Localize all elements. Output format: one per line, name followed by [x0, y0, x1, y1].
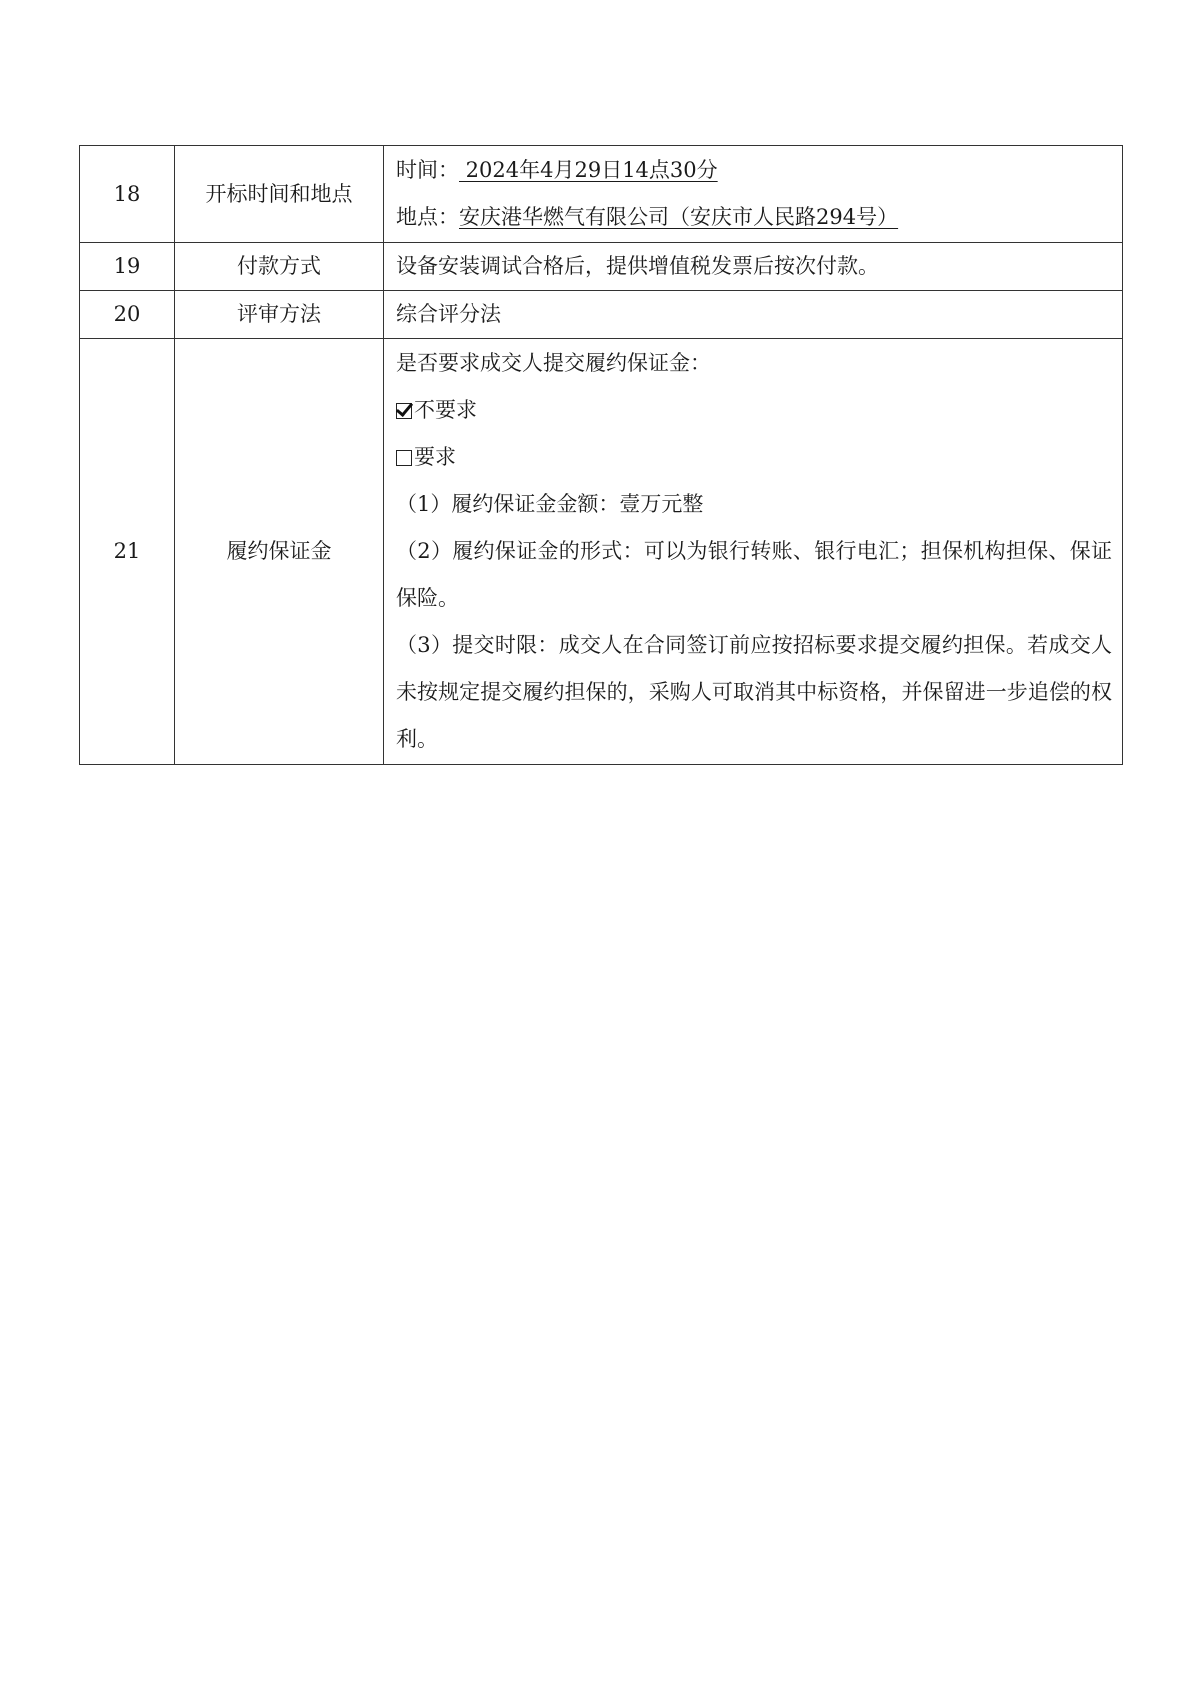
table-row-20: 20 评审方法 综合评分法: [80, 291, 1123, 339]
place-value: 安庆港华燃气有限公司（安庆市人民路294号）: [459, 205, 898, 229]
row-number: 21: [80, 339, 175, 765]
clause-form: （2）履约保证金的形式：可以为银行转账、银行电汇；担保机构担保、保证保险。: [396, 528, 1112, 622]
option-label: 不要求: [414, 398, 477, 422]
row-content: 设备安装调试合格后，提供增值税发票后按次付款。: [384, 243, 1123, 291]
table-row-18: 18 开标时间和地点 时间： 2024年4月29日14点30分 地点：安庆港华燃…: [80, 146, 1123, 243]
row-number: 20: [80, 291, 175, 339]
option-required: 要求: [396, 434, 1112, 481]
document-page: 18 开标时间和地点 时间： 2024年4月29日14点30分 地点：安庆港华燃…: [0, 0, 1200, 1696]
checked-checkbox-icon: [396, 403, 412, 419]
spec-table: 18 开标时间和地点 时间： 2024年4月29日14点30分 地点：安庆港华燃…: [79, 145, 1123, 765]
table-row-21: 21 履约保证金 是否要求成交人提交履约保证金： 不要求 要求 （1）履约保证金…: [80, 339, 1123, 765]
row-number: 18: [80, 146, 175, 243]
row-item: 履约保证金: [175, 339, 384, 765]
clause-amount: （1）履约保证金金额：壹万元整: [396, 481, 1112, 528]
row-content: 综合评分法: [384, 291, 1123, 339]
option-not-required: 不要求: [396, 387, 1112, 434]
clause-deadline: （3）提交时限：成交人在合同签订前应按招标要求提交履约担保。若成交人未按规定提交…: [396, 622, 1112, 763]
opening-time-line: 时间： 2024年4月29日14点30分: [396, 147, 1112, 194]
place-label: 地点：: [396, 205, 459, 229]
option-label: 要求: [414, 445, 456, 469]
row-item: 评审方法: [175, 291, 384, 339]
row-number: 19: [80, 243, 175, 291]
row-item: 开标时间和地点: [175, 146, 384, 243]
time-value: 2024年4月29日14点30分: [459, 158, 718, 182]
row-content: 是否要求成交人提交履约保证金： 不要求 要求 （1）履约保证金金额：壹万元整 （…: [384, 339, 1123, 765]
time-label: 时间：: [396, 158, 459, 182]
opening-place-line: 地点：安庆港华燃气有限公司（安庆市人民路294号）: [396, 194, 1112, 241]
row-content: 时间： 2024年4月29日14点30分 地点：安庆港华燃气有限公司（安庆市人民…: [384, 146, 1123, 243]
row-item: 付款方式: [175, 243, 384, 291]
table-row-19: 19 付款方式 设备安装调试合格后，提供增值税发票后按次付款。: [80, 243, 1123, 291]
deposit-question: 是否要求成交人提交履约保证金：: [396, 340, 1112, 387]
unchecked-checkbox-icon: [396, 450, 412, 466]
